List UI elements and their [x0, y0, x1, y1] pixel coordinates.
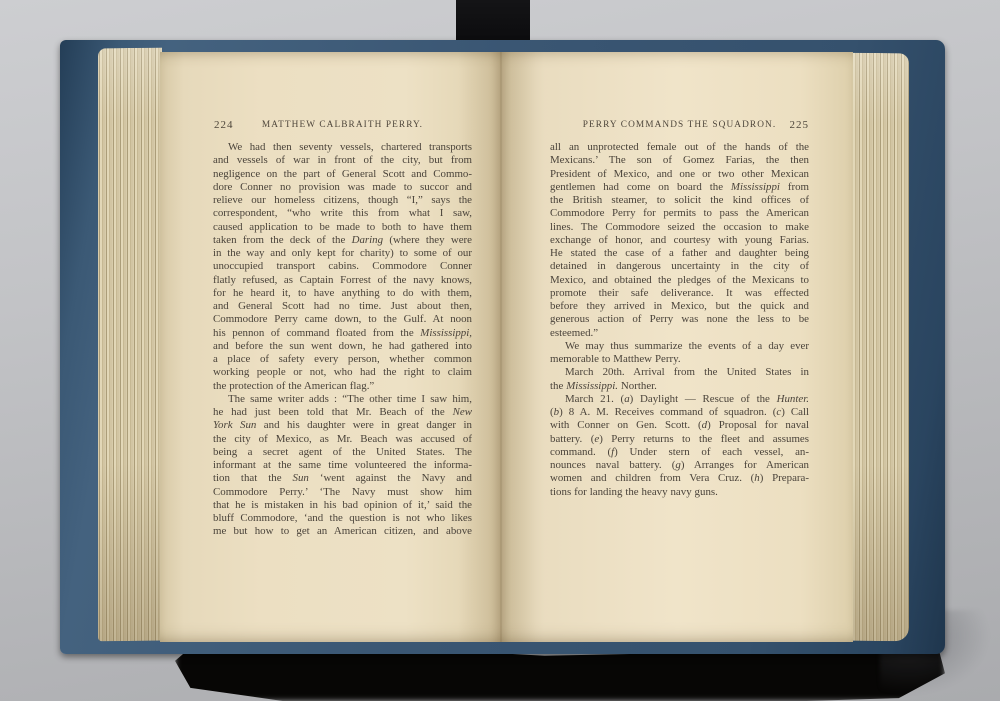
text-line: his pennon of command floated from the M… [213, 327, 472, 340]
text-line: (b) 8 A. M. Receives command of squadron… [550, 406, 809, 419]
text-line: the protection of the American flag.” [213, 380, 472, 393]
right-page-text: PERRY COMMANDS THE SQUADRON. 225 all an … [550, 120, 809, 499]
left-page-text: 224 MATTHEW CALBRAITH PERRY. We had then… [213, 120, 472, 539]
left-page-lines: We had then seventy vessels, chartered t… [213, 141, 472, 539]
page-number-right: 225 [790, 119, 810, 131]
text-line: all an unprotected female out of the han… [550, 141, 809, 154]
running-header-left: MATTHEW CALBRAITH PERRY. [213, 120, 472, 130]
photo-scene: 224 MATTHEW CALBRAITH PERRY. We had then… [0, 0, 1000, 701]
text-line: negligence on the part of General Scott … [213, 168, 472, 181]
text-line: He stated the case of a father and daugh… [550, 247, 809, 260]
text-line: working people or not, who had the right… [213, 366, 472, 379]
text-line: tion that the Sun ‘went against the Navy… [213, 472, 472, 485]
text-line: that he is mistaken in his bad opinion o… [213, 499, 472, 512]
text-line: he had just been told that Mr. Beach of … [213, 406, 472, 419]
text-line: caused application to be made to both to… [213, 221, 472, 234]
right-page-lines: all an unprotected female out of the han… [550, 141, 809, 499]
text-line: March 20th. Arrival from the United Stat… [550, 366, 809, 379]
running-header-right: PERRY COMMANDS THE SQUADRON. [550, 120, 809, 130]
text-line: the city of Mexico, as Mr. Beach was acc… [213, 433, 472, 446]
text-line: Commodore Perry came down, to the Gulf. … [213, 313, 472, 326]
text-line: and before the sun went down, he had gat… [213, 340, 472, 353]
text-line: and General Scott had no time. Just abou… [213, 300, 472, 313]
text-line: exchange of honor, and courtesy with you… [550, 234, 809, 247]
text-line: battery. (e) Perry returns to the fleet … [550, 433, 809, 446]
text-line: before they arrived in Mexico, but the q… [550, 300, 809, 313]
text-line: tions for landing the heavy navy guns. [550, 486, 809, 499]
page-number-left: 224 [214, 119, 234, 131]
text-line: me but how to get an American citizen, a… [213, 525, 472, 538]
text-line: in the way and only kept for charity) to… [213, 247, 472, 260]
text-line: York Sun and his daughter were in great … [213, 419, 472, 432]
text-line: The same writer adds : “The other time I… [213, 393, 472, 406]
text-line: unoccupied transport cabins. Commodore C… [213, 260, 472, 273]
text-line: We may thus summarize the events of a da… [550, 340, 809, 353]
text-line: a place of safety every person, whether … [213, 353, 472, 366]
text-line: and vessels of war in front of the city,… [213, 154, 472, 167]
text-line: Commodore Perry.’ ‘The Navy must show hi… [213, 486, 472, 499]
page-edges-right [851, 53, 909, 642]
text-line: with Conner on Gen. Scott. (d) Proposal … [550, 419, 809, 432]
text-line: bluff Commodore, ‘and the question is no… [213, 512, 472, 525]
page-edges-left [98, 48, 162, 642]
text-line: lines. The Commodore seized the occasion… [550, 221, 809, 234]
text-line: the British steamer, to solicit the kind… [550, 194, 809, 207]
text-line: Commodore Perry for permits to pass the … [550, 207, 809, 220]
text-line: detained in dangerous uncertainty in the… [550, 260, 809, 273]
text-line: command. (f) Under stern of each vessel,… [550, 446, 809, 459]
text-line: We had then seventy vessels, chartered t… [213, 141, 472, 154]
text-line: dore Conner no provision was made to suc… [213, 181, 472, 194]
text-line: President of Mexico, and one or two othe… [550, 168, 809, 181]
text-line: flatly refused, as Captain Forrest of th… [213, 274, 472, 287]
text-line: relieve our homeless citizens, though “I… [213, 194, 472, 207]
text-line: informant at the same time volunteered t… [213, 459, 472, 472]
right-running-header-row: PERRY COMMANDS THE SQUADRON. 225 [550, 120, 809, 132]
text-line: correspondent, “who write this from what… [213, 207, 472, 220]
text-line: Mexicans.’ The son of Gomez Farias, the … [550, 154, 809, 167]
text-line: generous action of Perry was none the le… [550, 313, 809, 326]
text-line: promote their safe deliverance. It was e… [550, 287, 809, 300]
text-line: the Mississippi. Norther. [550, 380, 809, 393]
text-line: nounces naval battery. (g) Arranges for … [550, 459, 809, 472]
text-line: women and children from Vera Cruz. (h) P… [550, 472, 809, 485]
text-line: being a secret agent of the United State… [213, 446, 472, 459]
text-line: Mexico, and obtained the pledges of the … [550, 274, 809, 287]
text-line: for he heard it, to have anything to do … [213, 287, 472, 300]
text-line: memorable to Matthew Perry. [550, 353, 809, 366]
left-running-header-row: 224 MATTHEW CALBRAITH PERRY. [213, 120, 472, 132]
text-line: March 21. (a) Daylight — Rescue of the H… [550, 393, 809, 406]
text-line: taken from the deck of the Daring (where… [213, 234, 472, 247]
text-line: esteemed.” [550, 327, 809, 340]
text-line: gentlemen had come on board the Mississi… [550, 181, 809, 194]
